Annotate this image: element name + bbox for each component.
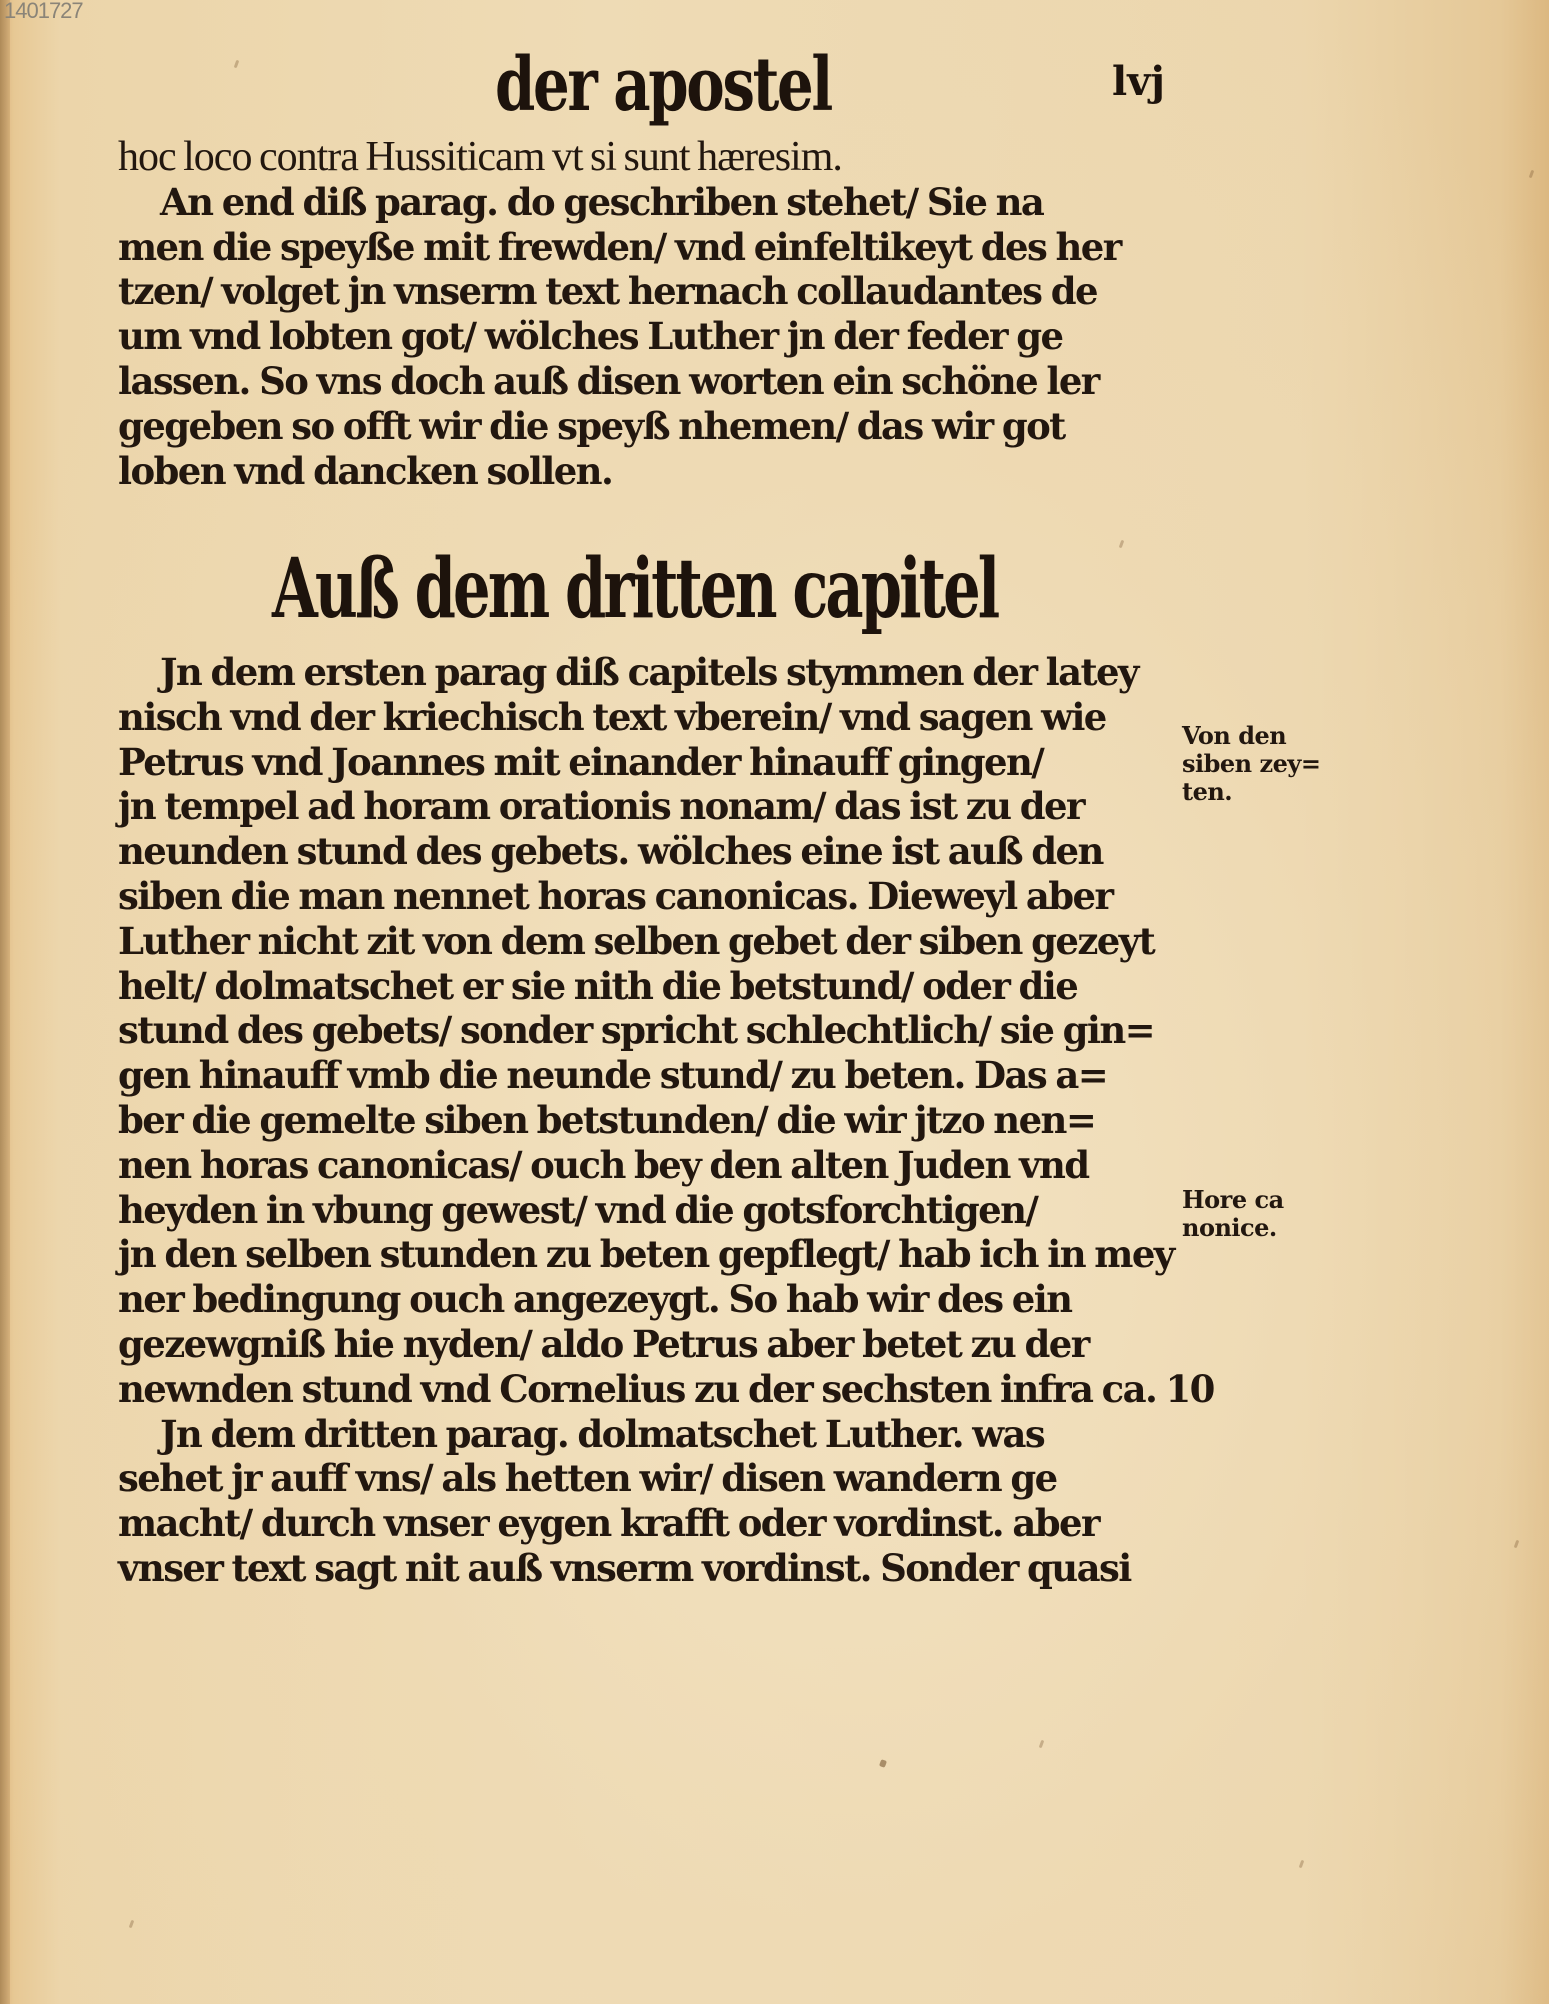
text-line: hoc loco contra Hussiticam vt si sunt hæ… bbox=[118, 135, 1168, 180]
text-line: heyden in vbung gewest/ vnd die gotsforc… bbox=[118, 1188, 1168, 1233]
text-line: siben die man nennet horas canonicas. Di… bbox=[118, 874, 1168, 919]
shelfmark-stamp: 1401727 bbox=[4, 0, 83, 24]
book-page: 1401727 der apostel lvj hoc loco contra … bbox=[0, 0, 1549, 2004]
text-line: stund des gebets/ sonder spricht schlech… bbox=[118, 1008, 1168, 1053]
text-line: Petrus vnd Joannes mit einander hinauff … bbox=[118, 740, 1168, 785]
text-line: jn den selben stunden zu beten gepflegt/… bbox=[118, 1232, 1168, 1277]
margin-note-line: ten. bbox=[1182, 778, 1320, 806]
text-section-2: Jn dem ersten parag diß capitels stymmen… bbox=[118, 650, 1168, 1591]
text-line: ber die gemelte siben betstunden/ die wi… bbox=[118, 1098, 1168, 1143]
text-line: um vnd lobten got/ wölches Luther jn der… bbox=[118, 314, 1168, 359]
text-line: vnser text sagt nit auß vnserm vordinst.… bbox=[118, 1546, 1168, 1591]
margin-note-horae-canonicae: Hore ca nonice. bbox=[1182, 1186, 1284, 1242]
text-line: men die speyße mit frewden/ vnd einfelti… bbox=[118, 225, 1168, 270]
text-line: helt/ dolmatschet er sie nith die betstu… bbox=[118, 964, 1168, 1009]
text-line: Jn dem ersten parag diß capitels stymmen… bbox=[118, 650, 1168, 695]
chapter-heading: Auß dem dritten capitel bbox=[272, 548, 997, 630]
text-line: gen hinauff vmb die neunde stund/ zu bet… bbox=[118, 1053, 1168, 1098]
margin-note-line: Von den bbox=[1182, 722, 1320, 750]
text-line: loben vnd dancken sollen. bbox=[118, 449, 1168, 494]
paper-speck bbox=[1514, 1540, 1520, 1549]
margin-note-seven-hours: Von den siben zey= ten. bbox=[1182, 722, 1320, 806]
text-line: macht/ durch vnser eygen krafft oder vor… bbox=[118, 1501, 1168, 1546]
margin-note-line: Hore ca bbox=[1182, 1186, 1284, 1214]
folio-number: lvj bbox=[1112, 58, 1165, 105]
text-line: gegeben so offt wir die speyß nhemen/ da… bbox=[118, 404, 1168, 449]
paper-speck bbox=[1119, 540, 1125, 549]
text-line: Luther nicht zit von dem selben gebet de… bbox=[118, 919, 1168, 964]
text-line: neunden stund des gebets. wölches eine i… bbox=[118, 829, 1168, 874]
paper-speck bbox=[879, 1759, 887, 1768]
text-line: jn tempel ad horam orationis nonam/ das … bbox=[118, 784, 1168, 829]
text-line: lassen. So vns doch auß disen worten ein… bbox=[118, 359, 1168, 404]
paper-speck bbox=[234, 60, 240, 69]
paper-speck bbox=[1299, 1860, 1305, 1869]
text-line: Jn dem dritten parag. dolmatschet Luther… bbox=[118, 1412, 1168, 1457]
text-line: sehet jr auff vns/ als hetten wir/ disen… bbox=[118, 1456, 1168, 1501]
paper-speck bbox=[1039, 1740, 1045, 1749]
text-line: nisch vnd der kriechisch text vberein/ v… bbox=[118, 695, 1168, 740]
margin-note-line: nonice. bbox=[1182, 1214, 1284, 1242]
paper-speck bbox=[129, 1920, 135, 1929]
paper-speck bbox=[1529, 170, 1535, 179]
text-section-1: hoc loco contra Hussiticam vt si sunt hæ… bbox=[118, 135, 1168, 493]
text-line: ner bedingung ouch angezeygt. So hab wir… bbox=[118, 1277, 1168, 1322]
text-line: tzen/ volget jn vnserm text hernach coll… bbox=[118, 269, 1168, 314]
running-head: der apostel bbox=[495, 48, 831, 122]
text-line: An end diß parag. do geschriben stehet/ … bbox=[118, 180, 1168, 225]
text-line: newnden stund vnd Cornelius zu der sechs… bbox=[118, 1367, 1168, 1412]
text-line: gezewgniß hie nyden/ aldo Petrus aber be… bbox=[118, 1322, 1168, 1367]
margin-note-line: siben zey= bbox=[1182, 750, 1320, 778]
text-line: nen horas canonicas/ ouch bey den alten … bbox=[118, 1143, 1168, 1188]
